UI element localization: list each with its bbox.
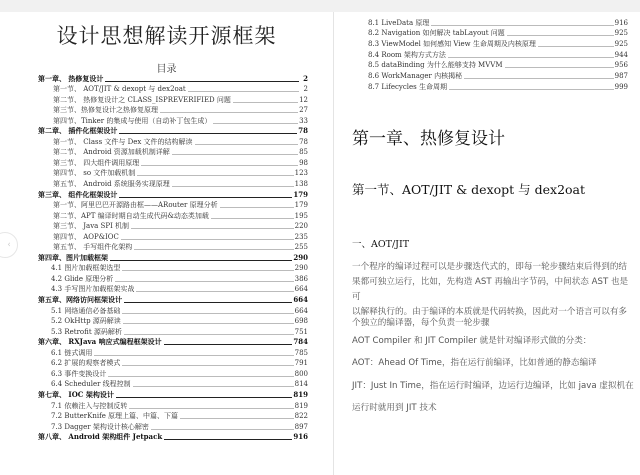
toc-page-number: 123 — [295, 168, 308, 178]
text-aot-definition: AOT：Ahead Of Time，指在运行前编译，比如普通的静态编译 — [352, 356, 597, 368]
toc-dot-leader — [124, 302, 292, 303]
toc-page-number: 819 — [293, 390, 308, 400]
section-heading: 第一节、AOT/JIT & dexopt 与 dex2oat — [352, 180, 585, 198]
toc-chapter-entry[interactable]: 第七章、 IOC 架构设计819 — [38, 389, 308, 400]
toc-dot-leader — [133, 386, 294, 387]
toc-section-entry[interactable]: 8.5 dataBinding 为什么能够支持 MVVM956 — [368, 60, 628, 71]
toc-entry-label: 第六章、 RXJava 响应式编程框架设计 — [38, 337, 162, 347]
toc-section-entry[interactable]: 第三节、 四大组件调用原理98 — [38, 157, 308, 168]
toc-entry-label: 5.1 网络通信必备基础 — [51, 306, 120, 316]
toc-entry-label: 8.2 Navigation 如何解决 tabLayout 问题 — [368, 28, 505, 38]
toc-entry-label: 第八章、 Android 架构组件 Jetpack — [38, 432, 162, 442]
toc-chapter-entry[interactable]: 第八章、 Android 架构组件 Jetpack916 — [38, 432, 308, 443]
paragraph-line: 一个程序的编译过程可以是步骤迭代式的，即每一轮步骤结束后得到的结 — [352, 260, 630, 275]
toc-section-entry[interactable]: 第一节、阿里巴巴开源路由框——ARouter 原理分析179 — [38, 200, 308, 211]
toc-entry-label: 第五章、网络访问框架设计 — [38, 295, 122, 305]
toc-dot-leader — [110, 260, 292, 261]
toc-dot-leader — [172, 154, 298, 155]
toc-page-number: 819 — [295, 401, 308, 411]
toc-section-entry[interactable]: 第一节、 Class 文件与 Dex 文件的结构解读78 — [38, 136, 308, 147]
toc-page-number: 2 — [300, 74, 308, 84]
toc-page-number: 290 — [295, 263, 308, 273]
toc-page-number: 78 — [298, 126, 308, 136]
table-of-contents-continued: 8.1 LiveData 原理9168.2 Navigation 如何解决 ta… — [368, 17, 628, 92]
toc-dot-leader — [129, 408, 293, 409]
toc-section-entry[interactable]: 7.3 Dagger 架构设计核心解密897 — [38, 421, 308, 432]
toc-section-entry[interactable]: 第二节、 热修复设计之 CLASS_ISPREVERIFIED 问题12 — [38, 94, 308, 105]
toc-section-entry[interactable]: 4.3 手写图片加载框架实战664 — [38, 284, 308, 295]
toc-section-entry[interactable]: 8.7 Lifecycles 生命周期999 — [368, 81, 628, 92]
toc-section-entry[interactable]: 5.1 网络通信必备基础664 — [38, 305, 308, 316]
toc-dot-leader — [141, 165, 298, 166]
toc-entry-label: 第一节、 Class 文件与 Dex 文件的结构解读 — [53, 137, 193, 147]
toc-page-number: 179 — [293, 190, 308, 200]
document-title: 设计思想解读开源框架 — [0, 20, 333, 50]
toc-section-entry[interactable]: 5.3 Retrofit 源码解析751 — [38, 326, 308, 337]
text-aot-jit-classification: AOT Compiler 和 JIT Compiler 就是针对编译形式做的分类… — [352, 334, 591, 346]
toc-section-entry[interactable]: 7.1 依赖注入与控制反转819 — [38, 400, 308, 411]
table-of-contents: 第一章、 热修复设计2第一节、 AOT/JIT & dexopt 与 dex2o… — [38, 73, 308, 442]
toc-page-number: 664 — [295, 284, 308, 294]
toc-chapter-entry[interactable]: 第六章、 RXJava 响应式编程框架设计784 — [38, 337, 308, 348]
top-toolbar-band — [0, 0, 640, 12]
toc-entry-label: 7.1 依赖注入与控制反转 — [51, 401, 127, 411]
toc-chapter-entry[interactable]: 第三章、 组件化框架设计179 — [38, 189, 308, 200]
toc-page-number: 925 — [615, 28, 628, 38]
toc-dot-leader — [119, 133, 297, 134]
toc-page-number: 179 — [295, 200, 308, 210]
toc-page-number: 925 — [615, 39, 628, 49]
toc-dot-leader — [233, 102, 298, 103]
toc-page-number: 791 — [295, 358, 308, 368]
toc-entry-label: 8.5 dataBinding 为什么能够支持 MVVM — [368, 60, 503, 70]
toc-entry-label: 第三章、 组件化框架设计 — [38, 190, 117, 200]
toc-dot-leader — [122, 313, 293, 314]
toc-entry-label: 4.1 图片加载框架选型 — [51, 263, 120, 273]
toc-section-entry[interactable]: 4.1 图片加载框架选型290 — [38, 263, 308, 274]
toc-page-number: 138 — [295, 179, 308, 189]
toc-page-number: 290 — [293, 253, 308, 263]
toc-entry-label: 第二节、 热修复设计之 CLASS_ISPREVERIFIED 问题 — [53, 95, 231, 105]
toc-section-entry[interactable]: 8.3 ViewModel 如何感知 View 生命周期及内核原理925 — [368, 38, 628, 49]
toc-dot-leader — [123, 323, 294, 324]
paragraph-line: 个独立的编译器，每个负责一轮步骤 — [352, 318, 630, 329]
toc-section-entry[interactable]: 第三节、 Java SPI 机制220 — [38, 221, 308, 232]
toc-dot-leader — [538, 46, 614, 47]
toc-section-entry[interactable]: 8.1 LiveData 原理916 — [368, 17, 628, 28]
toc-page-number: 944 — [615, 50, 628, 60]
toc-page-number: 195 — [295, 211, 308, 221]
toc-dot-leader — [220, 207, 294, 208]
toc-dot-leader — [211, 218, 294, 219]
chapter-heading: 第一章、热修复设计 — [352, 124, 505, 149]
toc-page-number: 78 — [299, 137, 308, 147]
toc-page-number: 27 — [299, 105, 308, 115]
toc-entry-label: 8.6 WorkManager 内核揭秘 — [368, 71, 462, 81]
toc-entry-label: 第一节、 AOT/JIT & dexopt 与 dex2oat — [53, 84, 186, 94]
toc-dot-leader — [180, 418, 294, 419]
toc-chapter-entry[interactable]: 第四章、图片加载框架290 — [38, 252, 308, 263]
toc-dot-leader — [131, 228, 294, 229]
toc-entry-label: 第五节、 Android 系统服务实现原理 — [53, 179, 170, 189]
toc-section-entry[interactable]: 第三节、热修复设计之热修复原理27 — [38, 105, 308, 116]
toc-page-number: 800 — [295, 369, 308, 379]
toc-dot-leader — [122, 270, 293, 271]
toc-page-number: 2 — [300, 84, 308, 94]
toc-dot-leader — [188, 91, 299, 92]
toc-section-entry[interactable]: 6.2 扩展的观察者模式791 — [38, 358, 308, 369]
toc-entry-label: 第二章、 插件化框架设计 — [38, 126, 117, 136]
toc-chapter-entry[interactable]: 第二章、 插件化框架设计78 — [38, 126, 308, 137]
toc-section-entry[interactable]: 8.4 Room 架构方式方法944 — [368, 49, 628, 60]
subsection-heading: 一、AOT/JIT — [352, 236, 409, 250]
toc-dot-leader — [134, 249, 293, 250]
toc-entry-label: 8.3 ViewModel 如何感知 View 生命周期及内核原理 — [368, 39, 536, 49]
toc-section-entry[interactable]: 第二节、 Android 资源加载机制详解85 — [38, 147, 308, 158]
toc-entry-label: 第三节、 Java SPI 机制 — [53, 221, 129, 231]
toc-dot-leader — [505, 67, 614, 68]
toc-section-entry[interactable]: 第四节、Tinker 的集成与使用（自动补丁包生成）33 — [38, 115, 308, 126]
toc-page-number: 916 — [615, 18, 628, 28]
toc-page-number: 897 — [295, 422, 308, 432]
toc-dot-leader — [108, 376, 293, 377]
toc-entry-label: 7.3 Dagger 架构设计核心解密 — [51, 422, 149, 432]
paragraph-compilation: 一个程序的编译过程可以是步骤迭代式的，即每一轮步骤结束后得到的结 果都可独立运行… — [352, 260, 630, 329]
toc-dot-leader — [124, 334, 294, 335]
toc-page-number: 916 — [293, 432, 308, 442]
toc-entry-label: 第四节、 so 文件加载机制 — [53, 168, 135, 178]
toc-dot-leader — [449, 89, 614, 90]
text-jit-definition: JIT：Just In Time，指在运行时编译，边运行边编译，比如 java … — [352, 379, 634, 391]
toc-entry-label: 第一节、阿里巴巴开源路由框——ARouter 原理分析 — [53, 200, 218, 210]
toc-dot-leader — [213, 123, 298, 124]
toc-page-number: 698 — [295, 316, 308, 326]
toc-dot-leader — [464, 78, 614, 79]
paragraph-line: 果都可独立运行，比如，先构造 AST 再输出字节码，中间状态 AST 也是可 — [352, 275, 630, 305]
toc-entry-label: 8.4 Room 架构方式方法 — [368, 50, 446, 60]
toc-entry-label: 6.2 扩展的观察者模式 — [51, 358, 120, 368]
toc-page-number: 784 — [293, 337, 308, 347]
toc-page-number: 386 — [295, 274, 308, 284]
toc-entry-label: 4.3 手写图片加载框架实战 — [51, 284, 134, 294]
toc-section-entry[interactable]: 6.3 事件变换设计800 — [38, 368, 308, 379]
toc-page-number: 822 — [295, 411, 308, 421]
toc-page-number: 751 — [295, 327, 308, 337]
toc-page-number: 956 — [615, 60, 628, 70]
toc-section-entry[interactable]: 6.4 Scheduler 线程控制814 — [38, 379, 308, 390]
toc-dot-leader — [195, 144, 299, 145]
toc-chapter-entry[interactable]: 第一章、 热修复设计2 — [38, 73, 308, 84]
toc-section-entry[interactable]: 8.2 Navigation 如何解决 tabLayout 问题925 — [368, 28, 628, 39]
toc-page-number: 12 — [299, 95, 308, 105]
toc-entry-label: 第四章、图片加载框架 — [38, 253, 108, 263]
toc-section-entry[interactable]: 6.1 链式调用785 — [38, 347, 308, 358]
toc-page-number: 220 — [295, 221, 308, 231]
toc-entry-label: 5.3 Retrofit 源码解析 — [51, 327, 122, 337]
toc-section-entry[interactable]: 第四节、 AOP&IOC235 — [38, 231, 308, 242]
toc-entry-label: 8.1 LiveData 原理 — [368, 18, 429, 28]
chevron-left-icon: ‹ — [7, 240, 11, 250]
toc-dot-leader — [115, 281, 293, 282]
toc-entry-label: 6.4 Scheduler 线程控制 — [51, 379, 131, 389]
toc-entry-label: 第四节、 AOP&IOC — [53, 232, 119, 242]
toc-page-number: 85 — [299, 147, 308, 157]
toc-dot-leader — [119, 197, 292, 198]
toc-page-number: 33 — [299, 116, 308, 126]
toc-dot-leader — [172, 186, 294, 187]
toc-dot-leader — [105, 81, 299, 82]
toc-section-entry[interactable]: 第五节、 Android 系统服务实现原理138 — [38, 178, 308, 189]
toc-dot-leader — [164, 439, 292, 440]
toc-entry-label: 8.7 Lifecycles 生命周期 — [368, 82, 447, 92]
toc-chapter-entry[interactable]: 第五章、网络访问框架设计664 — [38, 294, 308, 305]
toc-page-number: 255 — [295, 242, 308, 252]
toc-section-entry[interactable]: 第二节、APT 编译时期自动生成代码&动态类加载195 — [38, 210, 308, 221]
toc-dot-leader — [121, 239, 294, 240]
toc-section-entry[interactable]: 7.2 ButterKnife 原理上篇、中篇、下篇822 — [38, 411, 308, 422]
toc-entry-label: 第三节、 四大组件调用原理 — [53, 158, 139, 168]
text-jit-continued: 运行时就用到 JIT 技术 — [352, 401, 437, 413]
toc-dot-leader — [116, 397, 293, 398]
toc-dot-leader — [122, 365, 293, 366]
toc-entry-label: 7.2 ButterKnife 原理上篇、中篇、下篇 — [51, 411, 178, 421]
toc-dot-leader — [507, 35, 614, 36]
toc-dot-leader — [164, 344, 293, 345]
toc-entry-label: 第七章、 IOC 架构设计 — [38, 390, 114, 400]
toc-entry-label: 6.3 事件变换设计 — [51, 369, 106, 379]
toc-section-entry[interactable]: 第四节、 so 文件加载机制123 — [38, 168, 308, 179]
toc-dot-leader — [160, 112, 298, 113]
toc-entry-label: 第五节、 手写组件化架构 — [53, 242, 132, 252]
toc-entry-label: 第一章、 热修复设计 — [38, 74, 103, 84]
toc-entry-label: 6.1 链式调用 — [51, 348, 92, 358]
paragraph-line: 以解释执行的。由于编译的本质就是代码转换，因此对一个语言可以有多 — [352, 307, 630, 318]
toc-page-number: 987 — [615, 71, 628, 81]
toc-dot-leader — [136, 291, 293, 292]
toc-page-number: 664 — [293, 295, 308, 305]
toc-dot-leader — [94, 355, 293, 356]
toc-section-entry[interactable]: 第一节、 AOT/JIT & dexopt 与 dex2oat2 — [38, 84, 308, 95]
toc-entry-label: 第四节、Tinker 的集成与使用（自动补丁包生成） — [53, 116, 211, 126]
toc-page-number: 98 — [299, 158, 308, 168]
toc-dot-leader — [151, 429, 294, 430]
toc-entry-label: 第三节、热修复设计之热修复原理 — [53, 105, 158, 115]
toc-section-entry[interactable]: 5.2 OkHttp 源码解读698 — [38, 316, 308, 327]
toc-entry-label: 第二节、APT 编译时期自动生成代码&动态类加载 — [53, 211, 209, 221]
toc-page-number: 785 — [295, 348, 308, 358]
toc-section-entry[interactable]: 4.2 Glide 原理分析386 — [38, 273, 308, 284]
toc-dot-leader — [137, 175, 293, 176]
toc-entry-label: 4.2 Glide 原理分析 — [51, 274, 113, 284]
toc-dot-leader — [431, 25, 613, 26]
toc-section-entry[interactable]: 8.6 WorkManager 内核揭秘987 — [368, 70, 628, 81]
toc-entry-label: 第二节、 Android 资源加载机制详解 — [53, 147, 170, 157]
toc-page-number: 999 — [615, 82, 628, 92]
toc-page-number: 814 — [295, 379, 308, 389]
toc-page-number: 235 — [295, 232, 308, 242]
toc-entry-label: 5.2 OkHttp 源码解读 — [51, 316, 121, 326]
toc-dot-leader — [448, 57, 614, 58]
toc-page-number: 664 — [295, 306, 308, 316]
toc-section-entry[interactable]: 第五节、 手写组件化架构255 — [38, 242, 308, 253]
